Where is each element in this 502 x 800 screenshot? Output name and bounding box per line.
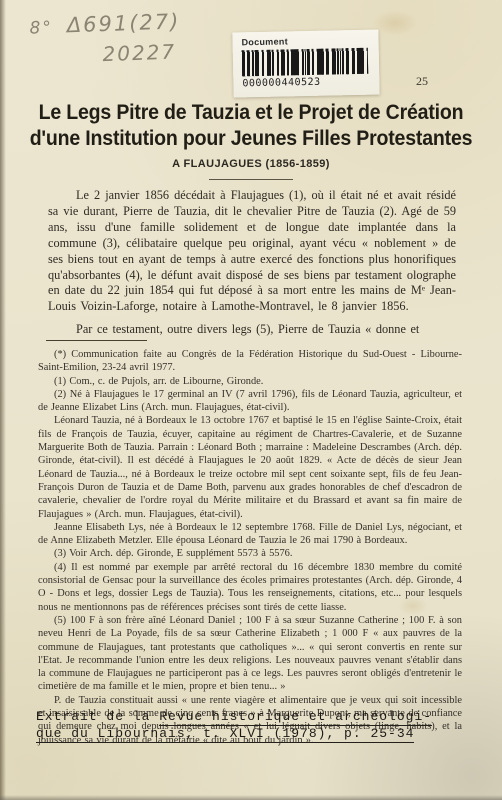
footnote: (1) Com., c. de Pujols, arr. de Libourne…	[38, 375, 462, 388]
scan-edge-left	[0, 0, 6, 800]
stamp-line-2: que du Libournais, t. XLVI (1978), p. 25…	[36, 725, 476, 742]
barcode-sticker-title: Document	[241, 34, 378, 47]
article-title-line-1: Le Legs Pitre de Tauzia et le Projet de …	[18, 100, 485, 126]
footnote-separator-rule	[46, 340, 147, 341]
stamp-volume-reference: , t. XLVI (1978), p. 25-34	[186, 726, 415, 743]
scan-edge-bottom	[0, 795, 502, 800]
library-source-stamp: Extrait de la Revue historique et archéo…	[36, 708, 476, 742]
footnotes-section: (*) Communication faite au Congrès de la…	[38, 348, 462, 747]
body-paragraph: Par ce testament, outre divers legs (5),…	[48, 322, 456, 338]
footnote: Jeanne Elisabeth Lys, née à Bordeaux le …	[38, 521, 462, 548]
article-title-line-2: d'une Institution pour Jeunes Filles Pro…	[18, 126, 485, 152]
article-subtitle: A FLAUJAGUES (1856-1859)	[0, 158, 502, 170]
scanned-page: 8°Δ691(27) 20227 Document 000000440523 2…	[0, 0, 502, 800]
stamp-line-1: Extrait de la Revue historique et archéo…	[36, 708, 476, 725]
footnote: (4) Il est nommé par exemple par arrêté …	[38, 561, 462, 614]
footnote: (5) 100 F à son frère aîné Léonard Danie…	[38, 614, 462, 694]
footnote: (*) Communication faite au Congrès de la…	[38, 348, 462, 375]
paper-stain	[372, 10, 418, 36]
article-title: Le Legs Pitre de Tauzia et le Projet de …	[18, 100, 485, 152]
handwritten-shelfmark: 8°Δ691(27) 20227	[29, 7, 182, 70]
shelfmark-call-number: Δ691(27)	[66, 9, 180, 37]
footnote: (3) Voir Arch. dép. Gironde, E supplémen…	[38, 547, 462, 560]
shelfmark-line-2: 20227	[102, 37, 182, 68]
stamp-journal-title-part-1: Revue historique et archéologi-	[159, 709, 432, 726]
barcode-number: 000000440523	[242, 75, 379, 89]
body-paragraph: Le 2 janvier 1856 décédait à Flaujagues …	[48, 188, 456, 315]
stamp-journal-title-part-2: que du Libournais	[36, 726, 186, 743]
footnote: (2) Né à Flaujagues le 17 germinal an IV…	[38, 388, 462, 415]
stamp-prefix: Extrait de la	[36, 709, 159, 724]
shelfmark-format: 8°	[29, 18, 53, 39]
page-number: 25	[416, 74, 428, 89]
barcode-sticker: Document 000000440523	[232, 29, 379, 97]
footnote: Léonard Tauzia, né à Bordeaux le 13 octo…	[38, 414, 462, 520]
barcode-icon	[242, 48, 369, 77]
article-body: Le 2 janvier 1856 décédait à Flaujagues …	[48, 188, 456, 338]
subtitle-rule	[209, 179, 293, 180]
